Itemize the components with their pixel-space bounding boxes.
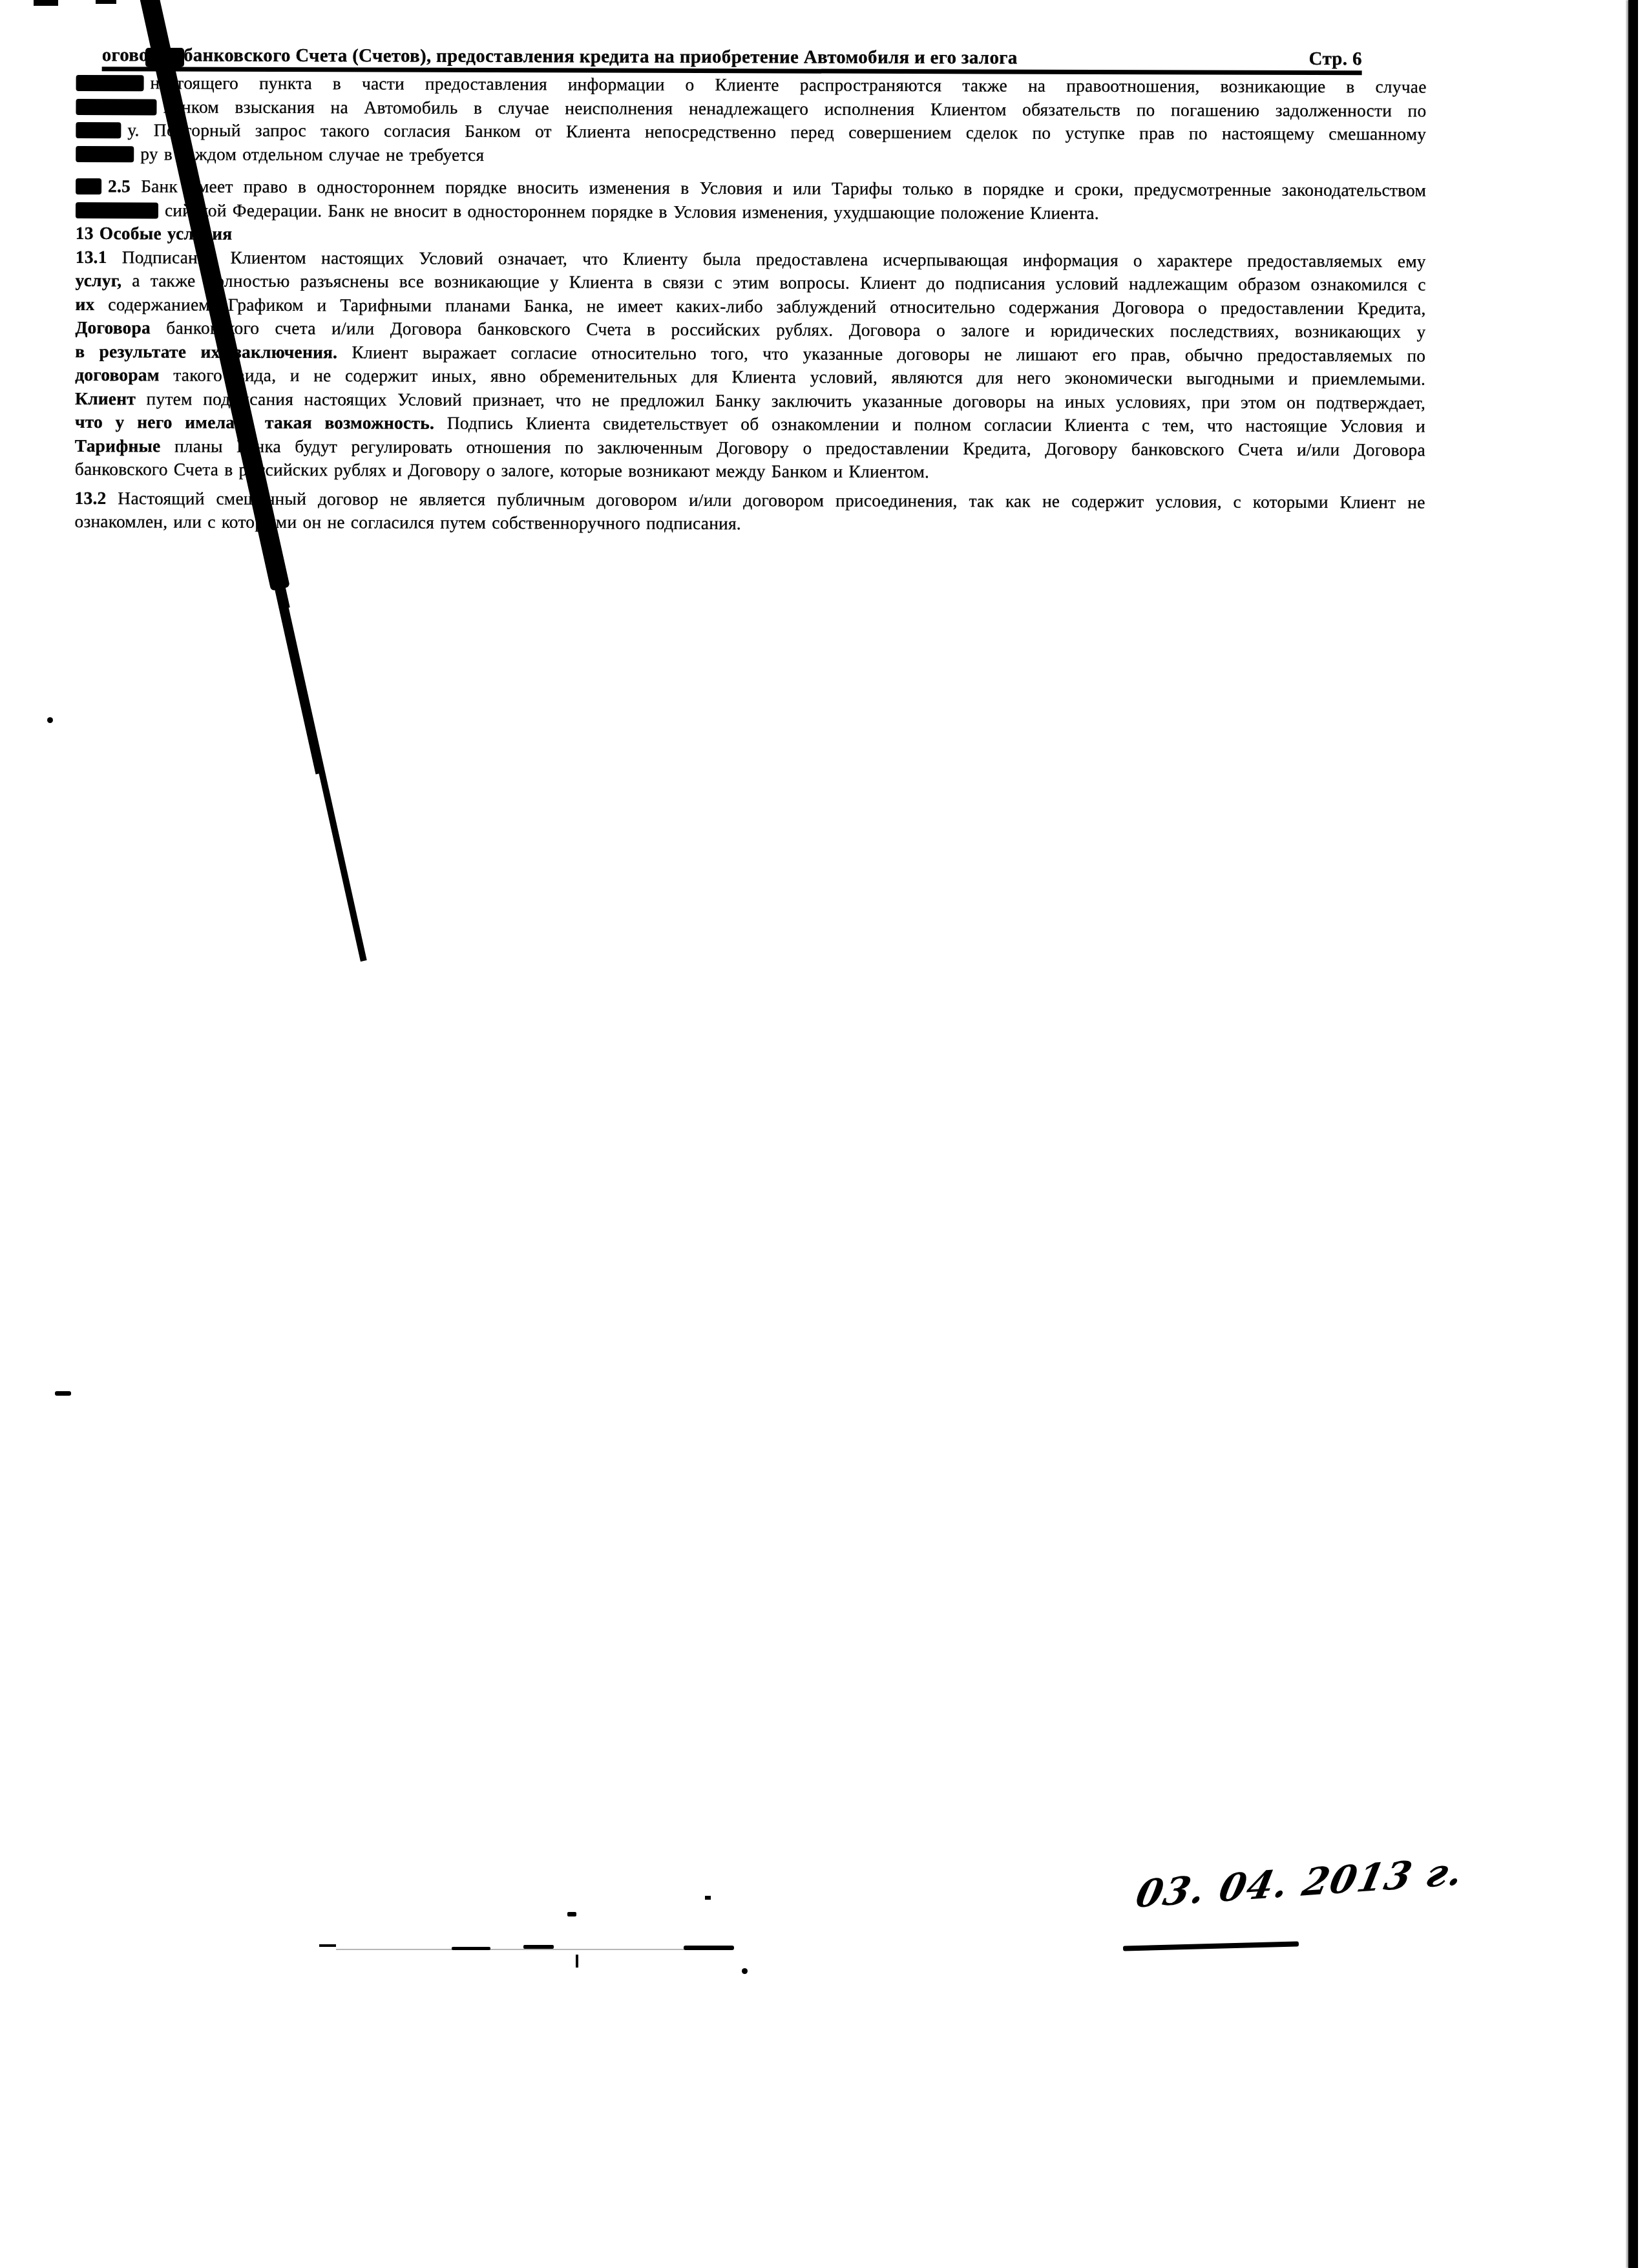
handwritten-date: 03. 04. 2013 г.: [1132, 1849, 1468, 1916]
ink-blot: [76, 122, 121, 138]
scan-artifact-right-edge: [1628, 0, 1638, 2268]
ink-smudge: [145, 48, 184, 67]
ink-speck: [705, 1896, 711, 1900]
text-line: что у него имелась такая возможность. По…: [75, 410, 1425, 438]
page-header: оговоров банковского Счета (Счетов), пре…: [102, 45, 1362, 75]
line-text: банковского Счета в российских рублях и …: [75, 459, 929, 481]
handwritten-underline: [1123, 1941, 1299, 1951]
line-text: сийской Федерации. Банк не вносит в одно…: [165, 200, 1099, 223]
faded-signature-line: [336, 1949, 724, 1950]
line-text: банковского счета и/или Договора банковс…: [151, 317, 1425, 341]
ink-speck: [576, 1955, 578, 1968]
line-lead-text: услуг,: [76, 270, 122, 290]
line-text: Настоящий смешанный договор не является …: [106, 488, 1425, 512]
line-lead-text: Договора: [75, 317, 151, 337]
ink-blot: [76, 178, 101, 194]
line-text: содержанием, Графиком и Тарифными планам…: [94, 294, 1425, 318]
line-lead-text: в результате их заключения.: [75, 341, 337, 361]
line-text: Банк имеет право в одностороннем порядке…: [131, 176, 1426, 200]
text-line: ру в каждом отдельном случае не требуетс…: [76, 142, 1426, 169]
line-lead-text: 13.1: [76, 246, 107, 266]
text-line: Договора банковского счета и/или Договор…: [75, 316, 1425, 344]
ink-speck: [47, 717, 53, 723]
text-line: у. Повторный запрос такого согласия Банк…: [76, 118, 1426, 146]
line-text: ознакомлен, или с которыми он не согласи…: [74, 511, 741, 533]
ink-blot: [76, 202, 158, 218]
text-line: договорам такого вида, и не содержит ины…: [75, 363, 1425, 391]
line-lead-text: договорам: [75, 364, 160, 384]
line-text: Клиент выражает согласие относительно то…: [337, 342, 1425, 365]
ink-blot: [76, 145, 134, 162]
line-lead-text: 13: [76, 223, 94, 243]
clause-12-5: 2.5 Банк имеет право в одностороннем пор…: [76, 174, 1426, 226]
line-lead-text: их: [75, 293, 94, 313]
header-title: оговоров банковского Счета (Счетов), пре…: [102, 45, 1018, 67]
line-fragment: [523, 1945, 554, 1949]
text-line: 2.5 Банк имеет право в одностороннем пор…: [76, 174, 1426, 202]
line-fragment: [684, 1946, 734, 1950]
line-fragment: [319, 1944, 336, 1947]
text-line: настоящего пункта в части предоставления…: [76, 71, 1427, 99]
line-lead-text: Тарифные: [75, 435, 161, 455]
line-fragment: [452, 1947, 490, 1950]
line-text: путем подписания настоящих Условий призн…: [136, 388, 1425, 412]
line-text: такого вида, и не содержит иных, явно об…: [160, 364, 1426, 388]
ink-blot: [76, 75, 144, 91]
page-number-label: Стр. 6: [1309, 49, 1362, 68]
scanned-contract-page: оговоров банковского Счета (Счетов), пре…: [0, 0, 1649, 2268]
ink-speck: [742, 1968, 748, 1974]
line-text: Подписание Клиентом настоящих Условий оз…: [107, 247, 1426, 271]
line-text: планы Банка будут регулировать отношения…: [160, 436, 1425, 459]
clause-12-4-continuation: настоящего пункта в части предоставления…: [76, 71, 1426, 170]
text-line: услуг, а также полностью разъяснены все …: [76, 269, 1426, 297]
line-lead-text: 13.2: [75, 487, 107, 507]
ink-speck: [34, 0, 58, 6]
line-text: настоящего пункта в части предоставления…: [151, 72, 1427, 96]
line-lead-text: Клиент: [75, 388, 136, 408]
ink-blot: [76, 98, 156, 114]
text-line: банковского Счета в российских рублях и …: [75, 457, 1425, 485]
line-text: Банком взыскания на Автомобиль в случае …: [163, 96, 1426, 120]
line-text: Подпись Клиента свидетельствует об ознак…: [434, 413, 1425, 436]
document-text-block: оговоров банковского Счета (Счетов), пре…: [74, 0, 1427, 538]
ink-speck: [55, 1391, 71, 1396]
clause-13-1: 13.1 Подписание Клиентом настоящих Услов…: [75, 245, 1426, 485]
line-text: у. Повторный запрос такого согласия Банк…: [127, 120, 1426, 143]
line-lead-text: 2.5: [108, 176, 131, 196]
ink-speck: [96, 0, 116, 4]
ink-speck: [567, 1912, 576, 1916]
line-text: а также полностью разъяснены все возника…: [121, 270, 1425, 294]
paragraphs: настоящего пункта в части предоставления…: [74, 71, 1426, 538]
text-line: сийской Федерации. Банк не вносит в одно…: [76, 198, 1426, 226]
